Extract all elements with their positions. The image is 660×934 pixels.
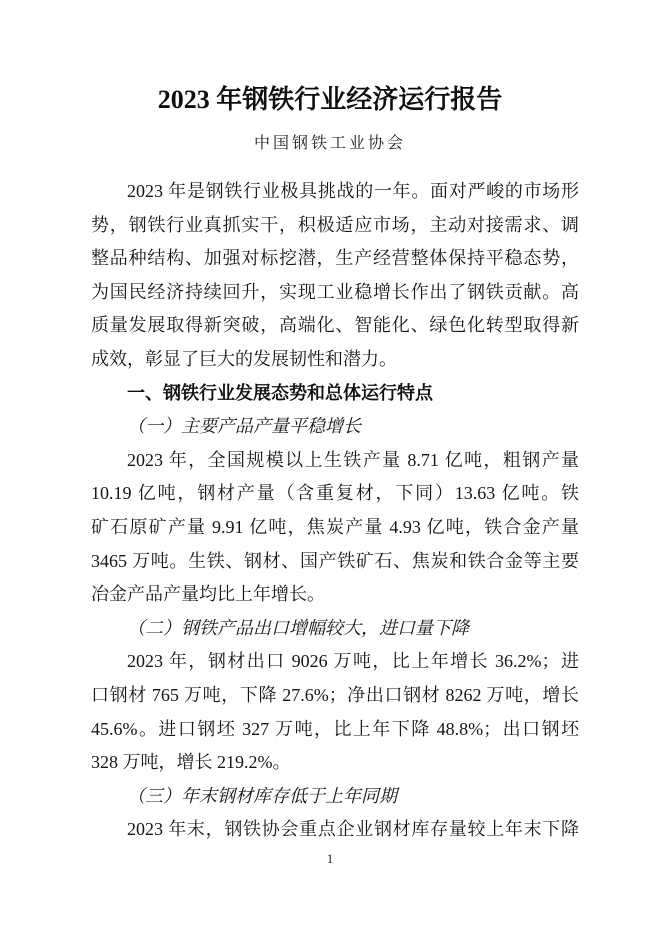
paragraph-line: 势，钢铁行业真抓实干，积极适应市场，主动对接需求、调 — [91, 209, 579, 243]
paragraph-line: 10.19 亿吨，钢材产量（含重复材，下同）13.63 亿吨。铁 — [91, 477, 579, 511]
paragraph-line: 3465 万吨。生铁、钢材、国产铁矿石、焦炭和铁合金等主要 — [91, 545, 579, 579]
paragraph-line: 为国民经济持续回升，实现工业稳增长作出了钢铁贡献。高 — [91, 276, 579, 310]
paragraph-line: 2023 年是钢铁行业极具挑战的一年。面对严峻的市场形 — [91, 175, 579, 209]
paragraph-line: 口钢材 765 万吨，下降 27.6%；净出口钢材 8262 万吨，增长 — [91, 679, 579, 713]
document-author: 中国钢铁工业协会 — [0, 133, 660, 155]
document-title: 2023 年钢铁行业经济运行报告 — [0, 84, 660, 116]
document-page: 2023 年钢铁行业经济运行报告 中国钢铁工业协会 2023 年是钢铁行业极具挑… — [0, 0, 660, 934]
paragraph-line: 328 万吨，增长 219.2%。 — [91, 746, 579, 780]
paragraph-line: 成效，彰显了巨大的发展韧性和潜力。 — [91, 343, 579, 377]
subsection-heading: （二）钢铁产品出口增幅较大，进口量下降 — [91, 612, 579, 646]
paragraph-line: 45.6%。进口钢坯 327 万吨，比上年下降 48.8%；出口钢坯 — [91, 713, 579, 747]
section-heading: 一、钢铁行业发展态势和总体运行特点 — [91, 377, 579, 411]
paragraph-line: 冶金产品产量均比上年增长。 — [91, 578, 579, 612]
paragraph-line: 质量发展取得新突破，高端化、智能化、绿色化转型取得新 — [91, 309, 579, 343]
paragraph-line: 2023 年末，钢铁协会重点企业钢材库存量较上年末下降 — [91, 813, 579, 847]
paragraph-line: 矿石原矿产量 9.91 亿吨，焦炭产量 4.93 亿吨，铁合金产量 — [91, 511, 579, 545]
paragraph-line: 2023 年，钢材出口 9026 万吨，比上年增长 36.2%；进 — [91, 645, 579, 679]
page-number: 1 — [0, 851, 660, 866]
paragraph-line: 2023 年，全国规模以上生铁产量 8.71 亿吨，粗钢产量 — [91, 444, 579, 478]
paragraph-line: 整品种结构、加强对标挖潜，生产经营整体保持平稳态势， — [91, 242, 579, 276]
document-body: 2023 年是钢铁行业极具挑战的一年。面对严峻的市场形 势，钢铁行业真抓实干，积… — [91, 175, 579, 847]
subsection-heading: （三）年末钢材库存低于上年同期 — [91, 780, 579, 814]
subsection-heading: （一）主要产品产量平稳增长 — [91, 410, 579, 444]
